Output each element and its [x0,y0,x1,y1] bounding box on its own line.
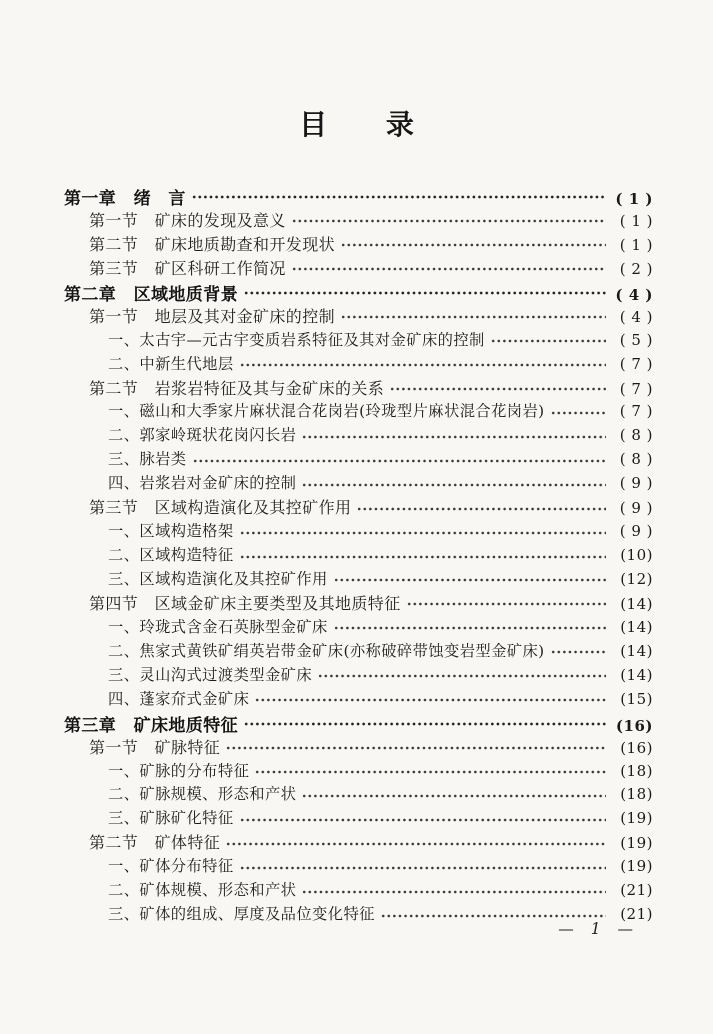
dot-leader [302,792,606,800]
dot-leader [255,768,606,776]
toc-entry-page: (14) [611,595,653,613]
toc-entry-label: 二、矿体规模、形态和产状 [108,878,296,900]
toc-entry-label: 第一节 矿脉特征 [89,735,220,758]
dot-leader [551,409,606,417]
dot-leader [292,217,606,225]
toc-entry-label: 第二章 区域地质背景 [64,280,238,304]
toc-entry: 一、磁山和大季家片麻状混合花岗岩(玲珑型片麻状混合花岗岩)( 7 ) [64,399,653,423]
dot-leader [240,361,606,369]
dot-leader [192,193,606,201]
toc-entry-label: 二、中新生代地层 [108,352,234,374]
toc-entry: 第二节 矿床地质勘查和开发现状( 1 ) [64,232,653,256]
toc-entry: 第一节 矿床的发现及意义( 1 ) [64,208,653,232]
dot-leader [302,433,606,441]
toc-entry: 二、中新生代地层( 7 ) [64,352,653,376]
toc-entry-page: ( 9 ) [611,522,653,540]
toc-entry-label: 第二节 矿床地质勘查和开发现状 [89,232,335,255]
toc-entry-label: 第一节 矿床的发现及意义 [89,208,286,231]
toc-entry-page: ( 9 ) [611,474,653,492]
dot-leader [226,840,606,848]
toc-entry-page: ( 7 ) [611,355,653,373]
toc-entry-label: 一、区域构造格架 [108,519,234,541]
toc-entry-label: 四、岩浆岩对金矿床的控制 [108,471,296,493]
dot-leader [407,600,606,608]
toc-entry: 第二节 矿体特征(19) [64,830,653,854]
toc-entry: 第三节 区域构造演化及其控矿作用( 9 ) [64,495,653,519]
toc-entry-label: 二、矿脉规模、形态和产状 [108,782,296,804]
toc-entry: 第二节 岩浆岩特征及其与金矿床的关系( 7 ) [64,376,653,400]
toc-entry-label: 第三章 矿床地质特征 [64,711,238,735]
toc-page: 目 录 第一章 绪 言( 1 )第一节 矿床的发现及意义( 1 )第二节 矿床地… [0,0,713,1034]
toc-entry-label: 三、灵山沟式过渡类型金矿床 [108,663,312,685]
toc-entry-page: (14) [611,618,653,636]
toc-entry-label: 三、矿脉矿化特征 [108,806,234,828]
toc-entry-page: (16) [611,717,653,735]
dot-leader [302,888,606,896]
toc-entry: 三、灵山沟式过渡类型金矿床(14) [64,663,653,687]
toc-entry-label: 第二节 矿体特征 [89,830,220,853]
toc-entry: 二、矿体规模、形态和产状(21) [64,878,653,902]
toc-entry: 二、矿脉规模、形态和产状(18) [64,782,653,806]
dot-leader [357,505,606,513]
dot-leader [240,529,606,537]
toc-entry: 四、蓬家夼式金矿床(15) [64,687,653,711]
toc-entry-page: ( 7 ) [611,380,653,398]
dot-leader [334,576,606,584]
toc-entry-page: (19) [611,857,653,875]
toc-entry-label: 第一节 地层及其对金矿床的控制 [89,304,335,327]
toc-entry: 第一节 地层及其对金矿床的控制( 4 ) [64,304,653,328]
toc-entry-page: (12) [611,570,653,588]
dot-leader [255,696,606,704]
toc-entry: 一、区域构造格架( 9 ) [64,519,653,543]
toc-entry-page: ( 8 ) [611,426,653,444]
dot-leader [341,313,606,321]
toc-entry-page: ( 1 ) [611,212,653,230]
toc-entry: 第一节 矿脉特征(16) [64,735,653,759]
dot-leader [491,337,606,345]
page-footer: — 1 — [558,920,635,938]
dot-leader [226,744,606,752]
toc-entry: 三、矿脉矿化特征(19) [64,806,653,830]
toc-entry: 二、焦家式黄铁矿绢英岩带金矿床(亦称破碎带蚀变岩型金矿床)(14) [64,639,653,663]
toc-entry-page: ( 4 ) [611,286,653,304]
toc-entry-page: ( 1 ) [611,190,653,208]
toc-entry: 一、矿脉的分布特征(18) [64,759,653,783]
toc-entry-label: 二、焦家式黄铁矿绢英岩带金矿床(亦称破碎带蚀变岩型金矿床) [108,639,545,661]
toc-entry-page: (18) [611,785,653,803]
toc-entry: 一、矿体分布特征(19) [64,854,653,878]
dot-leader [390,385,606,393]
toc-entry: 三、区域构造演化及其控矿作用(12) [64,567,653,591]
toc-entry-label: 三、区域构造演化及其控矿作用 [108,567,328,589]
toc-entry-label: 三、矿体的组成、厚度及品位变化特征 [108,902,375,924]
toc-entry: 二、郭家岭斑状花岗闪长岩( 8 ) [64,423,653,447]
toc-entry-page: (16) [611,739,653,757]
toc-entry: 二、区域构造特征(10) [64,543,653,567]
dot-leader [193,457,607,465]
toc-entry-label: 第三节 区域构造演化及其控矿作用 [89,495,351,518]
toc-entry: 三、脉岩类( 8 ) [64,447,653,471]
toc-entry-page: ( 7 ) [611,402,653,420]
dot-leader [334,624,606,632]
dot-leader [318,672,606,680]
toc-entry-label: 二、区域构造特征 [108,543,234,565]
toc-entry-page: (15) [611,690,653,708]
dot-leader [341,241,606,249]
toc-entry-label: 二、郭家岭斑状花岗闪长岩 [108,423,296,445]
toc-entry-page: (21) [611,881,653,899]
toc-entry-label: 第四节 区域金矿床主要类型及其地质特征 [89,591,401,614]
dot-leader [244,289,606,297]
toc-entry-page: (14) [611,666,653,684]
toc-entry-label: 一、太古宇—元古宇变质岩系特征及其对金矿床的控制 [108,328,485,350]
toc-entry: 第二章 区域地质背景( 4 ) [64,280,653,304]
toc-entry: 四、岩浆岩对金矿床的控制( 9 ) [64,471,653,495]
toc-entry-label: 第一章 绪 言 [64,184,186,208]
dot-leader [240,864,606,872]
dot-leader [551,648,606,656]
dot-leader [240,816,606,824]
toc-entry-label: 一、矿脉的分布特征 [108,759,249,781]
toc-entry: 第三章 矿床地质特征(16) [64,711,653,735]
toc-entry-page: (19) [611,834,653,852]
toc-entry-label: 一、磁山和大季家片麻状混合花岗岩(玲珑型片麻状混合花岗岩) [108,399,545,421]
toc-entry-page: (14) [611,642,653,660]
toc-entry-label: 第三节 矿区科研工作简况 [89,256,286,279]
dot-leader [240,553,606,561]
toc-entries: 第一章 绪 言( 1 )第一节 矿床的发现及意义( 1 )第二节 矿床地质勘查和… [64,184,653,926]
toc-entry-page: (19) [611,809,653,827]
toc-entry: 一、太古宇—元古宇变质岩系特征及其对金矿床的控制( 5 ) [64,328,653,352]
toc-entry: 第四节 区域金矿床主要类型及其地质特征(14) [64,591,653,615]
toc-entry: 一、玲珑式含金石英脉型金矿床(14) [64,615,653,639]
toc-entry-label: 四、蓬家夼式金矿床 [108,687,249,709]
toc-entry-page: ( 2 ) [611,260,653,278]
toc-entry-page: ( 8 ) [611,450,653,468]
toc-entry-label: 一、玲珑式含金石英脉型金矿床 [108,615,328,637]
toc-entry-page: ( 1 ) [611,236,653,254]
dot-leader [244,720,606,728]
toc-entry: 第三节 矿区科研工作简况( 2 ) [64,256,653,280]
toc-entry-page: (10) [611,546,653,564]
toc-entry-label: 一、矿体分布特征 [108,854,234,876]
toc-entry-label: 第二节 岩浆岩特征及其与金矿床的关系 [89,376,384,399]
page-title: 目 录 [0,103,713,143]
dot-leader [302,481,606,489]
toc-entry-page: (18) [611,762,653,780]
toc-entry-label: 三、脉岩类 [108,447,187,469]
toc-entry-page: ( 5 ) [611,331,653,349]
dot-leader [292,265,606,273]
toc-entry-page: ( 9 ) [611,499,653,517]
toc-entry-page: ( 4 ) [611,308,653,326]
footer-page-number: — 1 — [558,920,635,938]
toc-entry: 第一章 绪 言( 1 ) [64,184,653,208]
dot-leader [381,912,606,920]
